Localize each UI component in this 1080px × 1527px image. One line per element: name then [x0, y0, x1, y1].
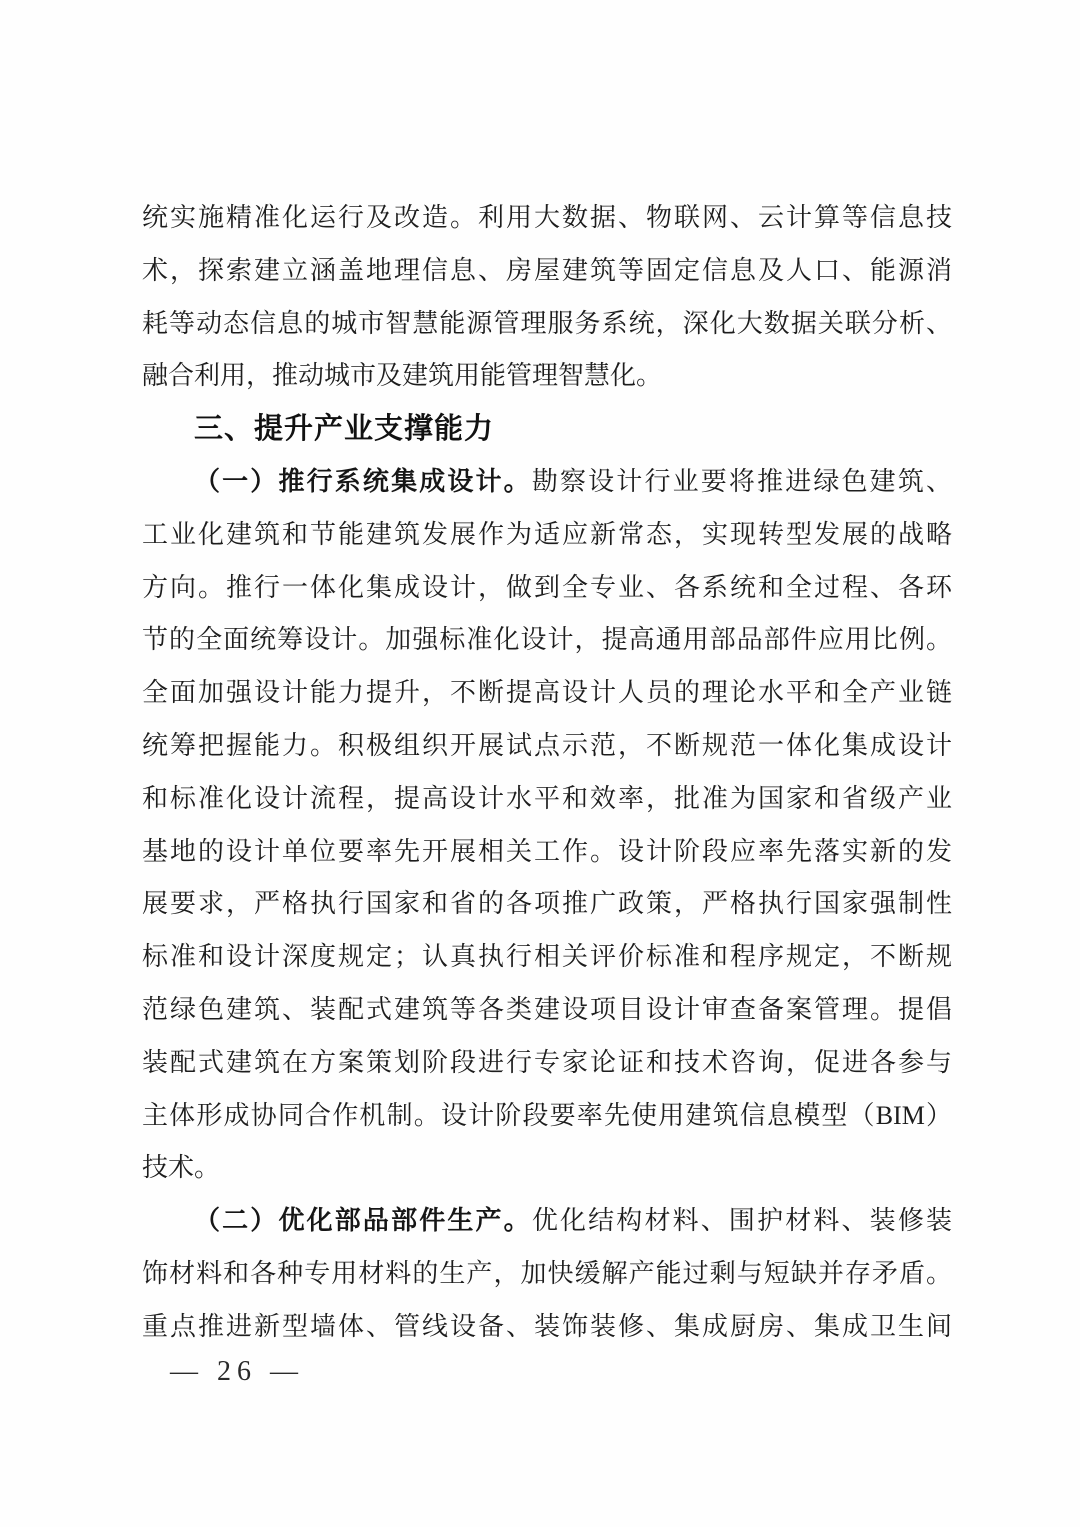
- text-line: 范绿色建筑、装配式建筑等各类建设项目设计审查备案管理。提倡: [142, 984, 952, 1037]
- text-line: 重点推进新型墙体、管线设备、装饰装修、集成厨房、集成卫生间: [142, 1301, 952, 1354]
- text-line: （一）推行系统集成设计。勘察设计行业要将推进绿色建筑、: [142, 456, 952, 509]
- document-body: 统实施精准化运行及改造。利用大数据、物联网、云计算等信息技术，探索建立涵盖地理信…: [142, 192, 952, 1354]
- text-line: 全面加强设计能力提升，不断提高设计人员的理论水平和全产业链: [142, 667, 952, 720]
- document-page: 统实施精准化运行及改造。利用大数据、物联网、云计算等信息技术，探索建立涵盖地理信…: [0, 0, 1080, 1527]
- text-line: 耗等动态信息的城市智慧能源管理服务系统，深化大数据关联分析、: [142, 298, 952, 351]
- text-line: 术，探索建立涵盖地理信息、房屋建筑等固定信息及人口、能源消: [142, 245, 952, 298]
- text-line: 节的全面统筹设计。加强标准化设计，提高通用部品部件应用比例。: [142, 614, 952, 667]
- section-heading: 三、提升产业支撑能力: [142, 403, 952, 456]
- paragraph-lead-bold: （二）优化部品部件生产。: [194, 1206, 532, 1235]
- text-line: 主体形成协同合作机制。设计阶段要率先使用建筑信息模型（BIM）: [142, 1090, 952, 1143]
- paragraph-lead-bold: （一）推行系统集成设计。: [194, 467, 532, 496]
- text-line: 基地的设计单位要率先开展相关工作。设计阶段应率先落实新的发: [142, 826, 952, 879]
- text-line: 融合利用，推动城市及建筑用能管理智慧化。: [142, 350, 952, 403]
- text-line: 展要求，严格执行国家和省的各项推广政策，严格执行国家强制性: [142, 878, 952, 931]
- text-line: 工业化建筑和节能建筑发展作为适应新常态，实现转型发展的战略: [142, 509, 952, 562]
- text-line: （二）优化部品部件生产。优化结构材料、围护材料、装修装: [142, 1195, 952, 1248]
- text-line: 标准和设计深度规定；认真执行相关评价标准和程序规定，不断规: [142, 931, 952, 984]
- text-line: 和标准化设计流程，提高设计水平和效率，批准为国家和省级产业: [142, 773, 952, 826]
- text-line: 统筹把握能力。积极组织开展试点示范，不断规范一体化集成设计: [142, 720, 952, 773]
- text-line: 方向。推行一体化集成设计，做到全专业、各系统和全过程、各环: [142, 562, 952, 615]
- text-line: 技术。: [142, 1142, 952, 1195]
- text-line: 装配式建筑在方案策划阶段进行专家论证和技术咨询，促进各参与: [142, 1037, 952, 1090]
- page-number: — 26 —: [170, 1352, 304, 1392]
- text-line: 统实施精准化运行及改造。利用大数据、物联网、云计算等信息技: [142, 192, 952, 245]
- text-line: 饰材料和各种专用材料的生产，加快缓解产能过剩与短缺并存矛盾。: [142, 1248, 952, 1301]
